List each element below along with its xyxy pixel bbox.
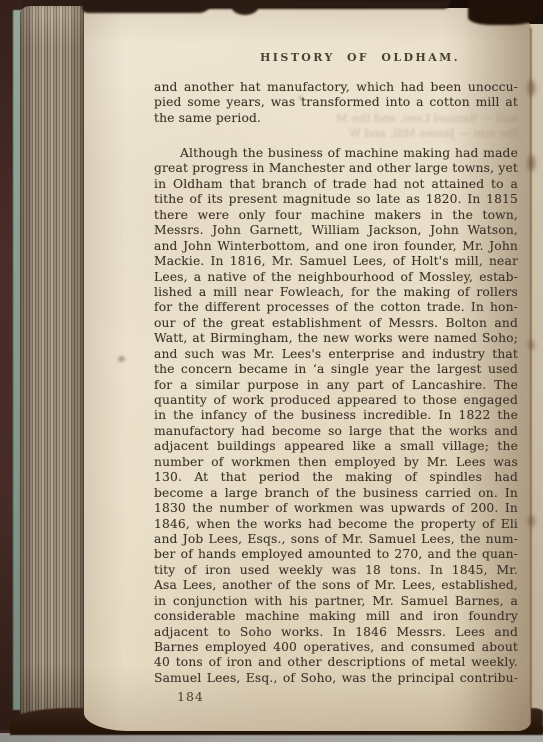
text-line: 1830 the number of workmen was upwards o…: [154, 501, 518, 516]
text-line: 1846, when the works had become the prop…: [154, 517, 518, 532]
paragraph-2: Although the business of machine making …: [154, 146, 518, 686]
text-line: and Job Lees, Esqs., sons of Mr. Samuel …: [154, 532, 518, 547]
text-line: in the infancy of the business incredibl…: [154, 408, 518, 423]
text-line: Lees, a native of the neighbourhood of M…: [154, 270, 518, 285]
text-line: Barnes employed 400 operatives, and cons…: [154, 640, 518, 655]
book-photo: HISTORY OF OLDHAM. and another hat manuf…: [0, 0, 543, 742]
text-line: for a similar purpose in any part of Lan…: [154, 378, 518, 393]
show-through-text: mill — Samuel Lees, and the Mthe min — J…: [260, 111, 518, 141]
text-line: the min — James Mill, and W: [260, 126, 518, 141]
text-line: our of the great establishment of Messrs…: [154, 316, 518, 331]
running-header: HISTORY OF OLDHAM.: [178, 51, 542, 64]
book-cover-top-edge: [232, 0, 258, 15]
text-line: number of workmen then employed by Mr. L…: [154, 455, 518, 470]
gutter-smudge: [528, 340, 535, 350]
text-line: ber of hands employed amounted to 270, a…: [154, 547, 518, 562]
gutter-smudge: [528, 515, 535, 527]
text-line: Watt, at Birmingham, the new works were …: [154, 331, 518, 346]
gutter-smudge: [528, 155, 535, 171]
text-line: manufactory had become so large that the…: [154, 424, 518, 439]
book-cover-top-corner: [468, 0, 543, 25]
text-line: Messrs. John Garnett, William Jackson, J…: [154, 223, 518, 238]
text-line: tithe of its present magnitude so late a…: [154, 192, 518, 207]
text-line: 40 tons of iron and other descriptions o…: [154, 655, 518, 670]
text-line: Asa Lees, another of the sons of Mr. Lee…: [154, 578, 518, 593]
text-line: and another hat manufactory, which had b…: [154, 80, 518, 95]
text-line: for the different processes of the cotto…: [154, 300, 518, 315]
book-cover-top-edge: [82, 0, 212, 13]
text-line: considerable machine making mill and iro…: [154, 609, 518, 624]
text-line: quantity of work produced appeared to th…: [154, 393, 518, 408]
text-line: adjacent buildings appeared like a small…: [154, 439, 518, 454]
gutter-crease-line: [530, 28, 532, 722]
text-line: Mackie. In 1816, Mr. Samuel Lees, of Hol…: [154, 254, 518, 269]
text-line: mill — Samuel Lees, and the M: [260, 111, 518, 126]
text-line: pied some years, was transformed into a …: [154, 95, 518, 110]
text-line: the concern became in ‘a single year the…: [154, 362, 518, 377]
text-line: in Oldham that branch of trade had not a…: [154, 177, 518, 192]
paper-stain: [118, 356, 125, 362]
text-line: Although the business of machine making …: [154, 146, 518, 161]
book-page: HISTORY OF OLDHAM. and another hat manuf…: [84, 8, 531, 731]
page-stack-fore-edge: [20, 6, 86, 720]
text-line: 130. At that period the making of spindl…: [154, 470, 518, 485]
text-line: tity of iron used weekly was 18 tons. In…: [154, 563, 518, 578]
text-line: great progress in Manchester and other l…: [154, 161, 518, 176]
text-line: Samuel Lees, Esq., of Soho, was the prin…: [154, 671, 518, 686]
text-line: and such was Mr. Lees's enterprise and i…: [154, 347, 518, 362]
text-line: in conjunction with his partner, Mr. Sam…: [154, 594, 518, 609]
text-line: adjacent to Soho works. In 1846 Messrs. …: [154, 625, 518, 640]
page-number: 184: [177, 689, 204, 704]
text-line: there were only four machine makers in t…: [154, 208, 518, 223]
text-line: become a large branch of the business ca…: [154, 486, 518, 501]
text-line: and John Winterbottom, and one iron foun…: [154, 239, 518, 254]
gutter-smudge: [528, 80, 535, 96]
text-line: lished a mill near Fowleach, for the mak…: [154, 285, 518, 300]
